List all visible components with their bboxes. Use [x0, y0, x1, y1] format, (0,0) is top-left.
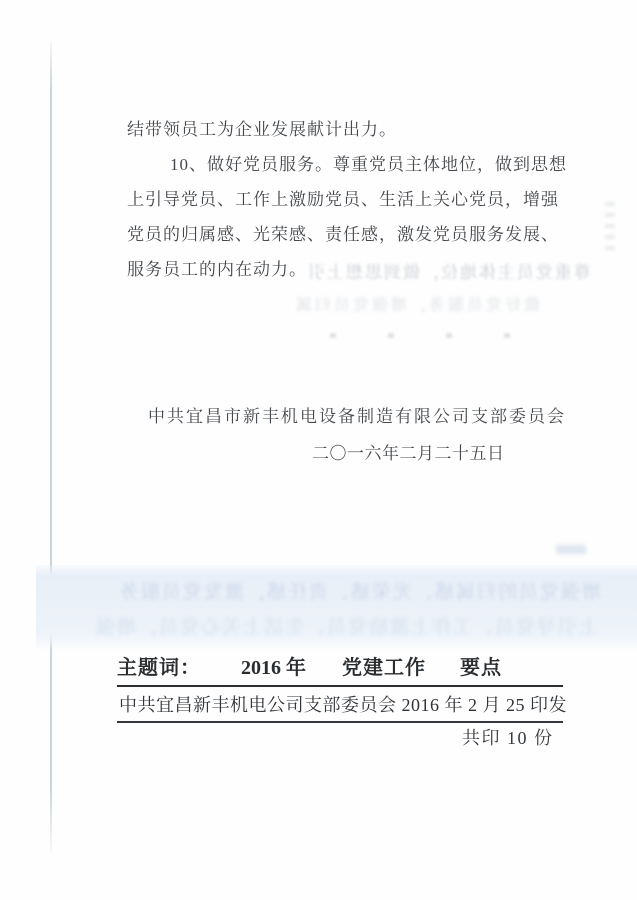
imprint-row: 中共宜昌新丰机电公司支部委员会 2016 年 2 月 25 印发 — [117, 691, 563, 723]
subject-term-topic: 党建工作 — [342, 657, 426, 679]
item10-line-1: 10、做好党员服务。尊重党员主体地位，做到思想 — [127, 147, 577, 182]
item10-line-2: 上引导党员、工作上激励党员、生活上关心党员，增强 — [127, 182, 577, 217]
subject-keywords-row: 主题词：2016 年党建工作要点 — [117, 651, 563, 687]
scanned-document-page: 结带领员工为企业发展献计出力。 10、做好党员服务。尊重党员主体地位，做到思想 … — [0, 0, 637, 900]
item10-line-4: 服务员工的内在动力。 — [127, 252, 577, 287]
paragraph-closing-line: 结带领员工为企业发展献计出力。 — [127, 112, 577, 147]
bleedthrough-band — [36, 565, 637, 649]
scan-smudge — [605, 202, 615, 250]
signature-organization: 中共宜昌市新丰机电设备制造有限公司支部委员会 — [148, 402, 566, 427]
body-paragraph: 结带领员工为企业发展献计出力。 10、做好党员服务。尊重党员主体地位，做到思想 … — [127, 112, 577, 287]
item10-line-3: 党员的归属感、光荣感、责任感，激发党员服务发展、 — [127, 217, 577, 252]
copies-count: 共印 10 份 — [462, 724, 554, 750]
bleedthrough-speck — [556, 545, 586, 554]
imprint-text: 中共宜昌新丰机电公司支部委员会 2016 年 2 月 25 印发 — [119, 695, 567, 715]
page-edge-shadow — [50, 42, 52, 852]
bleedthrough-text-fragment: 做好党员服务，增强党员归属 — [293, 292, 540, 315]
subject-label: 主题词： — [117, 657, 201, 679]
signature-date: 二〇一六年二月二十五日 — [312, 439, 505, 464]
subject-term-year: 2016 年 — [241, 657, 306, 679]
subject-term-type: 要点 — [460, 657, 502, 679]
bleedthrough-speckles — [330, 333, 560, 338]
